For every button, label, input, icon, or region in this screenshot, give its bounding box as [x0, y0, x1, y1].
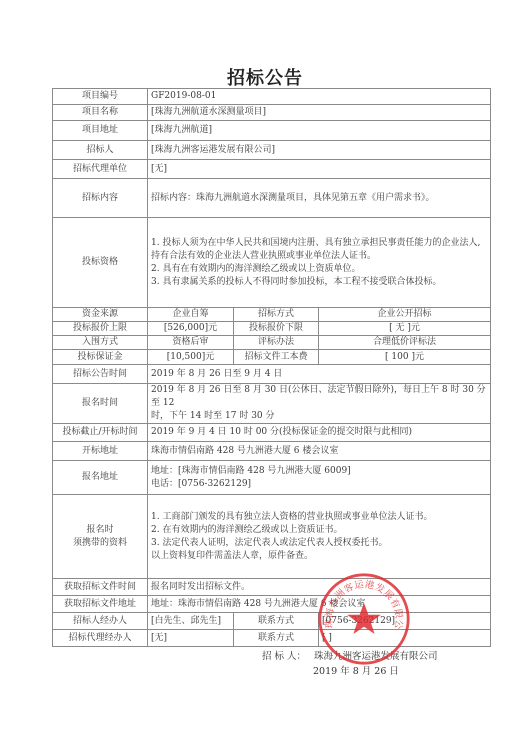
value: 企业公开招标 [319, 308, 491, 322]
label: 项目地址 [53, 121, 148, 141]
label: 报名时 须携带的资料 [53, 495, 148, 579]
value: 1. 投标人须为在中华人民共和国境内注册、具有独立承担民事责任能力的企业法人, … [148, 218, 491, 308]
qualification-line: 3. 具有隶属关系的投标人不得同时参加投标，本工程不接受联合体投标。 [151, 276, 487, 289]
signer-label: 招 标 人： [262, 648, 306, 662]
registration-time-line: 2019 年 8 月 26 日至 8 月 30 日(公休日、法定节假日除外)，每… [151, 384, 487, 410]
value: 资格后审 [148, 336, 234, 350]
qualification-line: 1. 投标人须为在中华人民共和国境内注册、具有独立承担民事责任能力的企业法人, [151, 237, 487, 250]
registration-time-line: 时，下午 14 时至 17 时 30 分 [151, 410, 487, 423]
value: [ 无 ]元 [319, 322, 491, 336]
row-documents: 报名时 须携带的资料 1. 工商部门颁发的具有独立法人资格的营业执照或事业单位法… [53, 495, 491, 579]
documents-line: 2. 在有效期内的海洋测绘乙级或以上资质证书。 [151, 524, 487, 537]
value: [无] [148, 160, 491, 179]
row-doc-address: 获取招标文件地址 地址：珠海市情侣南路 428 号九洲港大厦 6 楼会议室 [53, 596, 491, 613]
label-line: 报名时 [56, 524, 144, 537]
label: 获取招标文件地址 [53, 596, 148, 613]
value: 2019 年 9 月 4 日 10 时 00 分(投标保证金的提交时限与此相同) [148, 424, 491, 442]
label: 开标地址 [53, 442, 148, 461]
label: 招标人 [53, 141, 148, 160]
value: 地址：[珠海市情侣南路 428 号九洲港大厦 6009] 电话：[0756-32… [148, 461, 491, 495]
label: 项目编号 [53, 89, 148, 105]
page-title: 招标公告 [0, 64, 530, 90]
row-bond: 投标保证金 [10,500]元 招标文件工本费 [ 100 ]元 [53, 350, 491, 365]
label: 入围方式 [53, 336, 148, 350]
value: [珠海九洲航道水深测量项目] [148, 105, 491, 121]
qualification-line: 持有合法有效的企业法人营业执照或事业单位法人证书。 [151, 250, 487, 263]
value: 企业自筹 [148, 308, 234, 322]
label: 联系方式 [234, 630, 319, 647]
value: [ 100 ]元 [319, 350, 491, 365]
label: 投标报价下限 [234, 322, 319, 336]
row-tenderer: 招标人 [珠海九洲客运港发展有限公司] [53, 141, 491, 160]
row-doc-time: 获取招标文件时间 报名同时发出招标文件。 [53, 579, 491, 596]
row-project-address: 项目地址 [珠海九洲航道] [53, 121, 491, 141]
row-registration-time: 报名时间 2019 年 8 月 26 日至 8 月 30 日(公休日、法定节假日… [53, 384, 491, 424]
row-project-no: 项目编号 GF2019-08-01 [53, 89, 491, 105]
label: 获取招标文件时间 [53, 579, 148, 596]
label: 招标公告时间 [53, 365, 148, 384]
label: 招标代理经办人 [53, 630, 148, 647]
label: 报名时间 [53, 384, 148, 424]
label: 招标人经办人 [53, 613, 148, 630]
value: [无] [148, 630, 234, 647]
label: 投标截止/开标时间 [53, 424, 148, 442]
value: 2019 年 8 月 26 日至 9 月 4 日 [148, 365, 491, 384]
documents-line: 以上资料复印件需盖法人章，原件备查。 [151, 550, 487, 563]
value: 招标内容：珠海九洲航道水深测量项目，具体见第五章《用户需求书》。 [148, 179, 491, 218]
label: 评标办法 [234, 336, 319, 350]
value: 1. 工商部门颁发的具有独立法人资格的营业执照或事业单位法人证书。 2. 在有效… [148, 495, 491, 579]
value: 报名同时发出招标文件。 [148, 579, 491, 596]
value: [珠海九洲航道] [148, 121, 491, 141]
row-project-name: 项目名称 [珠海九洲航道水深测量项目] [53, 105, 491, 121]
signer-name: 珠海九洲客运港发展有限公司 [314, 648, 438, 662]
label: 招标方式 [234, 308, 319, 322]
row-notice-period: 招标公告时间 2019 年 8 月 26 日至 9 月 4 日 [53, 365, 491, 384]
label: 联系方式 [234, 613, 319, 630]
label: 投标资格 [53, 218, 148, 308]
documents-line: 3. 法定代表人证明，法定代表人或法定代表人授权委托书。 [151, 537, 487, 550]
value: [珠海九洲客运港发展有限公司] [148, 141, 491, 160]
value: [10,500]元 [148, 350, 234, 365]
label: 投标保证金 [53, 350, 148, 365]
value: 合理低价评标法 [319, 336, 491, 350]
value: [白先生、邱先生] [148, 613, 234, 630]
row-agency: 招标代理单位 [无] [53, 160, 491, 179]
row-qualification: 投标资格 1. 投标人须为在中华人民共和国境内注册、具有独立承担民事责任能力的企… [53, 218, 491, 308]
documents-line: 1. 工商部门颁发的具有独立法人资格的营业执照或事业单位法人证书。 [151, 511, 487, 524]
value: 地址：珠海市情侣南路 428 号九洲港大厦 6 楼会议室 [148, 596, 491, 613]
value: [ ] [319, 630, 491, 647]
label: 投标报价上限 [53, 322, 148, 336]
label: 招标代理单位 [53, 160, 148, 179]
value: [526,000]元 [148, 322, 234, 336]
row-opening-address: 开标地址 珠海市情侣南路 428 号九洲港大厦 6 楼会议室 [53, 442, 491, 461]
row-funding: 资金来源 企业自筹 招标方式 企业公开招标 [53, 308, 491, 322]
registration-phone-line: 电话：[0756-3262129] [151, 478, 487, 491]
tender-notice-table: 项目编号 GF2019-08-01 项目名称 [珠海九洲航道水深测量项目] 项目… [52, 88, 491, 647]
row-shortlist: 入围方式 资格后审 评标办法 合理低价评标法 [53, 336, 491, 350]
value: 珠海市情侣南路 428 号九洲港大厦 6 楼会议室 [148, 442, 491, 461]
value: GF2019-08-01 [148, 89, 491, 105]
signature-date: 2019 年 8 月 26 日 [313, 663, 399, 677]
label-line: 须携带的资料 [56, 537, 144, 550]
row-price-cap: 投标报价上限 [526,000]元 投标报价下限 [ 无 ]元 [53, 322, 491, 336]
label: 招标内容 [53, 179, 148, 218]
label: 资金来源 [53, 308, 148, 322]
row-agency-handler: 招标代理经办人 [无] 联系方式 [ ] [53, 630, 491, 647]
row-tenderer-handler: 招标人经办人 [白先生、邱先生] 联系方式 [0756-3262129] [53, 613, 491, 630]
row-deadline: 投标截止/开标时间 2019 年 9 月 4 日 10 时 00 分(投标保证金… [53, 424, 491, 442]
value: [0756-3262129] [319, 613, 491, 630]
label: 项目名称 [53, 105, 148, 121]
row-registration-address: 报名地址 地址：[珠海市情侣南路 428 号九洲港大厦 6009] 电话：[07… [53, 461, 491, 495]
label: 招标文件工本费 [234, 350, 319, 365]
value: 2019 年 8 月 26 日至 8 月 30 日(公休日、法定节假日除外)，每… [148, 384, 491, 424]
label: 报名地址 [53, 461, 148, 495]
qualification-line: 2. 具有在有效期内的海洋测绘乙级或以上资质单位。 [151, 263, 487, 276]
registration-address-line: 地址：[珠海市情侣南路 428 号九洲港大厦 6009] [151, 465, 487, 478]
row-content: 招标内容 招标内容：珠海九洲航道水深测量项目，具体见第五章《用户需求书》。 [53, 179, 491, 218]
